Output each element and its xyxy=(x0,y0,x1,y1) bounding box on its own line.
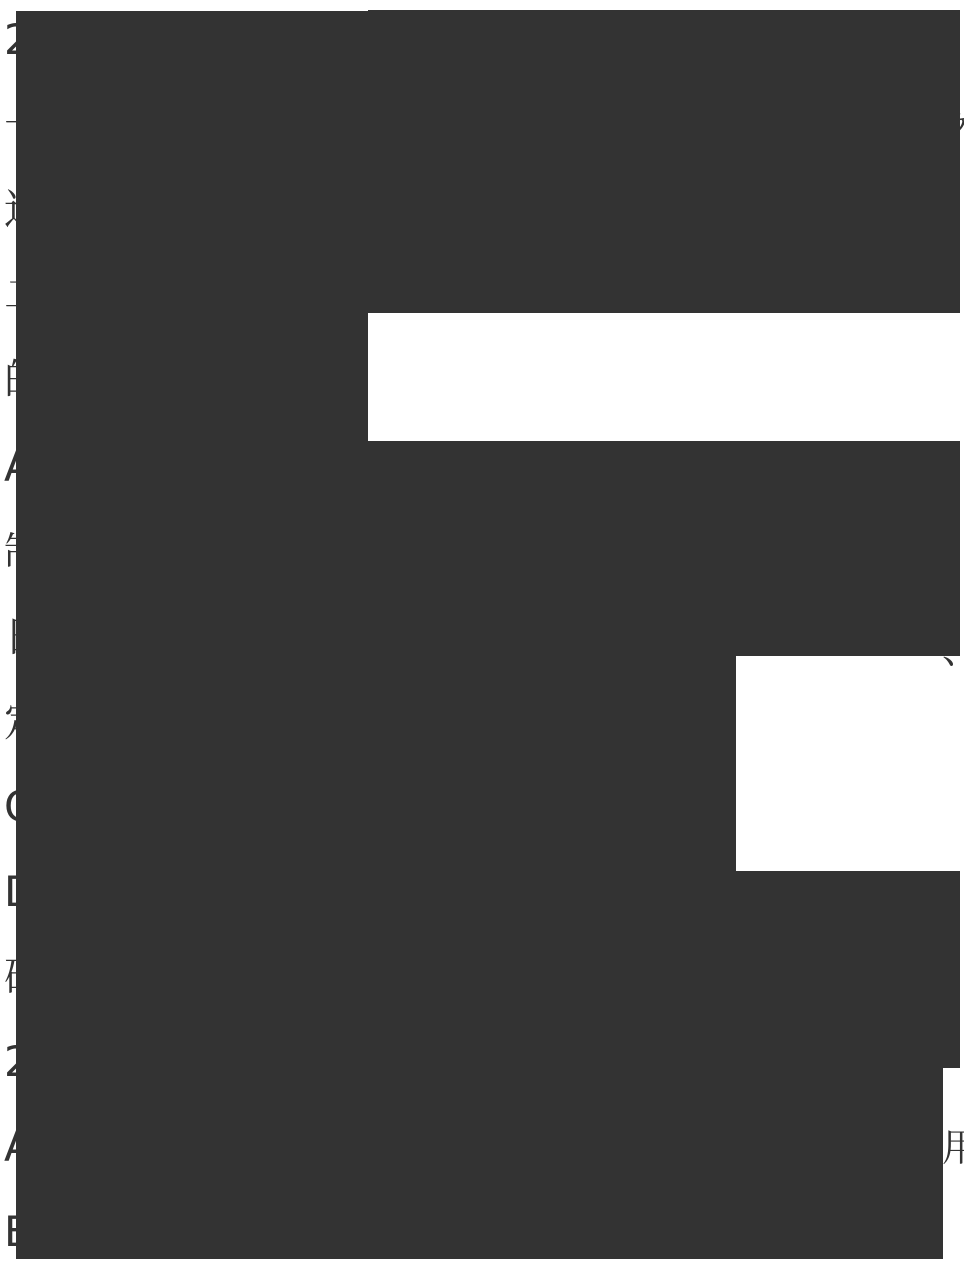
redaction-left-column xyxy=(16,11,368,1259)
redaction-middle-column xyxy=(368,656,736,871)
redaction-band-3 xyxy=(368,871,960,1068)
redacted-document-page: 2一过二的A制日定CD确2AB ヶ」、」用 xyxy=(0,0,964,1283)
redaction-bottom-band xyxy=(368,1068,943,1259)
redaction-top-band xyxy=(368,10,960,313)
redaction-band-2 xyxy=(368,441,960,656)
text-line-tail: 用 xyxy=(942,1128,964,1168)
